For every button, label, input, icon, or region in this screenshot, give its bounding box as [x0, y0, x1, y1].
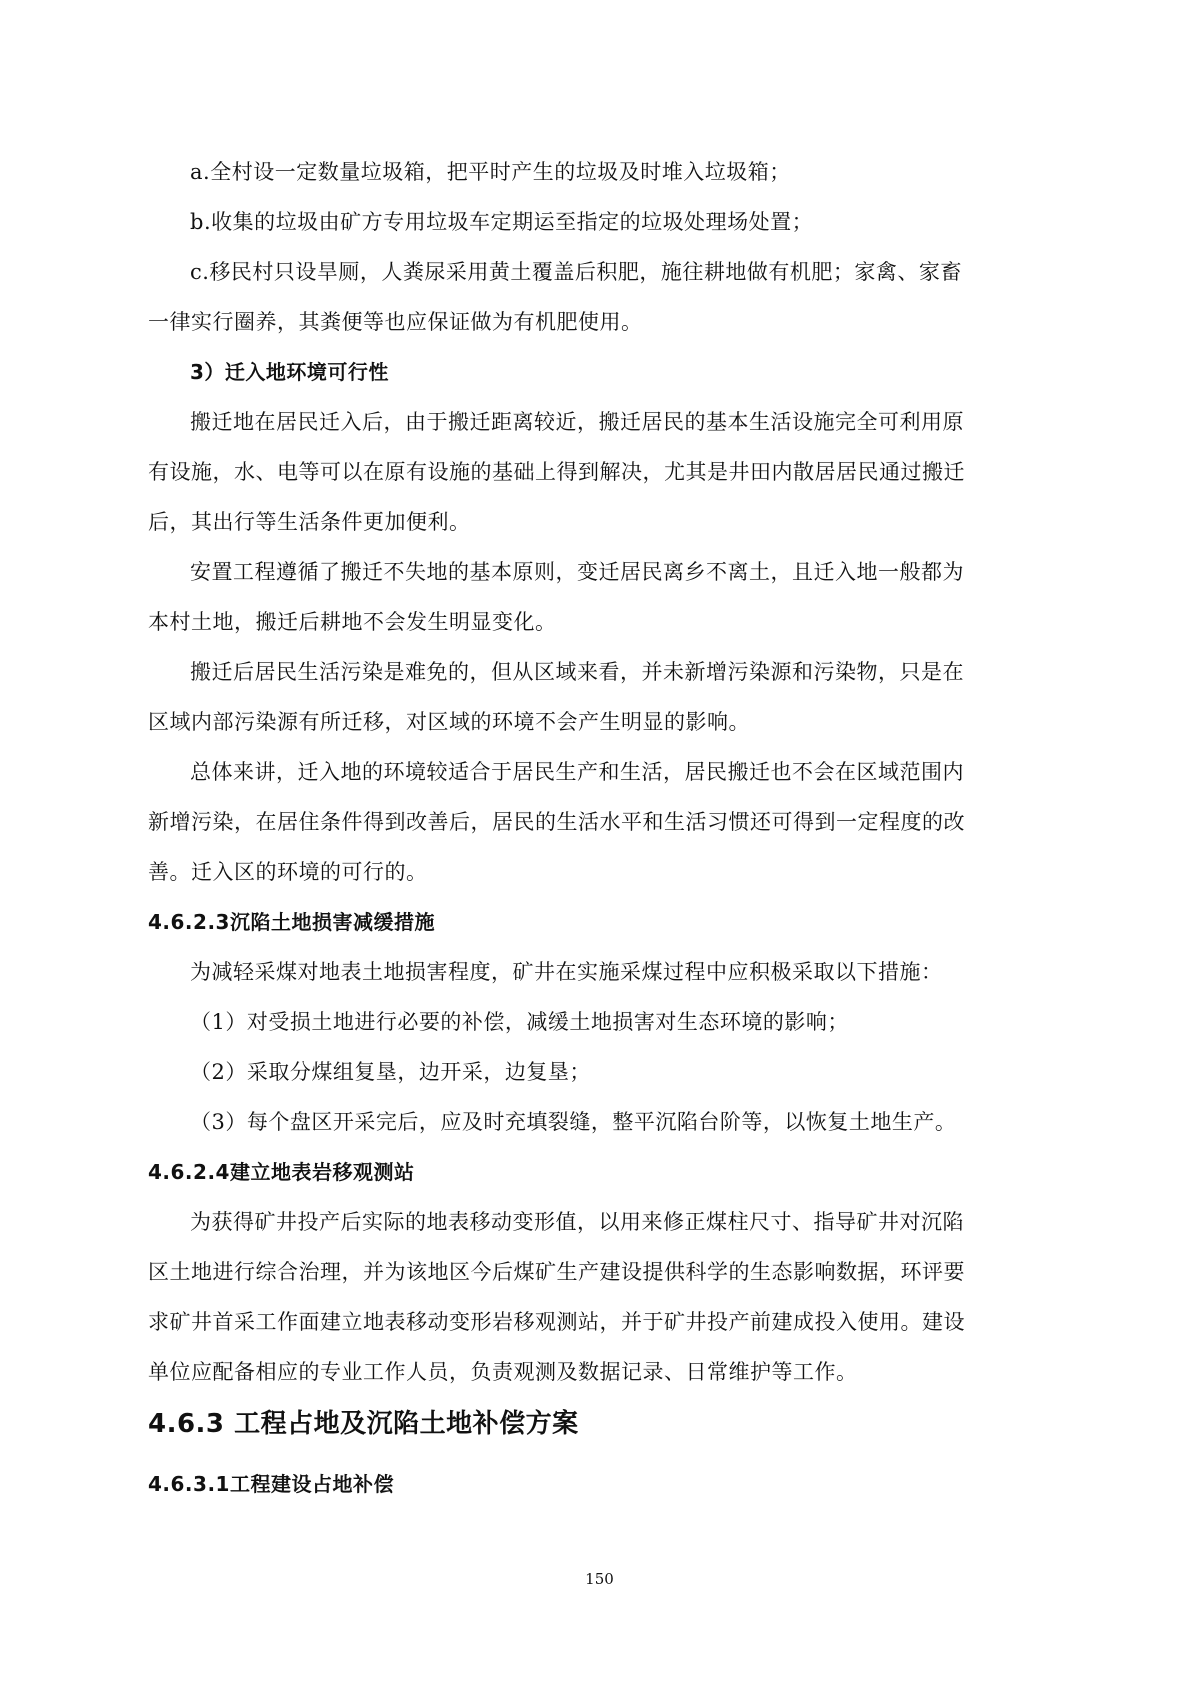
- paragraph-line: 为减轻采煤对地表土地损害程度，矿井在实施采煤过程中应积极采取以下措施：: [190, 958, 943, 986]
- list-item-c: c.移民村只设旱厕，人粪尿采用黄土覆盖后积肥，施往耕地做有机肥；家禽、家畜: [190, 258, 962, 286]
- list-item-b: b.收集的垃圾由矿方专用垃圾车定期运至指定的垃圾处理场处置；: [190, 208, 813, 236]
- paragraph-line: 有设施，水、电等可以在原有设施的基础上得到解决，尤其是井田内散居居民通过搬迁: [148, 458, 965, 486]
- paragraph-line: 搬迁地在居民迁入后，由于搬迁距离较近，搬迁居民的基本生活设施完全可利用原: [190, 408, 964, 436]
- paragraph-line: 善。迁入区的环境的可行的。: [148, 858, 428, 886]
- paragraph-line: 为获得矿井投产后实际的地表移动变形值，以用来修正煤柱尺寸、指导矿井对沉陷: [190, 1208, 964, 1236]
- section-heading-4-6-2-3: 4.6.2.3沉陷土地损害减缓措施: [148, 908, 435, 936]
- paragraph-line: 后，其出行等生活条件更加便利。: [148, 508, 471, 536]
- paragraph-line: 安置工程遵循了搬迁不失地的基本原则，变迁居民离乡不离土，且迁入地一般都为: [190, 558, 964, 586]
- paragraph-line: 单位应配备相应的专业工作人员，负责观测及数据记录、日常维护等工作。: [148, 1358, 858, 1386]
- paragraph-line: 搬迁后居民生活污染是难免的，但从区域来看，并未新增污染源和污染物，只是在: [190, 658, 964, 686]
- paragraph-line: 总体来讲，迁入地的环境较适合于居民生产和生活，居民搬迁也不会在区域范围内: [190, 758, 964, 786]
- paragraph-line: 新增污染，在居住条件得到改善后，居民的生活水平和生活习惯还可得到一定程度的改: [148, 808, 965, 836]
- subheading-relocation-feasibility: 3）迁入地环境可行性: [190, 358, 389, 386]
- section-heading-4-6-3-1: 4.6.3.1工程建设占地补偿: [148, 1470, 394, 1498]
- paragraph-line: 求矿井首采工作面建立地表移动变形岩移观测站，并于矿井投产前建成投入使用。建设: [148, 1308, 965, 1336]
- paragraph-line: 本村土地，搬迁后耕地不会发生明显变化。: [148, 608, 557, 636]
- section-heading-4-6-2-4: 4.6.2.4建立地表岩移观测站: [148, 1158, 414, 1186]
- list-item-1: （1）对受损土地进行必要的补偿，减缓土地损害对生态环境的影响；: [190, 1008, 849, 1036]
- document-page: a.全村设一定数量垃圾箱，把平时产生的垃圾及时堆入垃圾箱； b.收集的垃圾由矿方…: [0, 0, 1199, 1696]
- list-item-a: a.全村设一定数量垃圾箱，把平时产生的垃圾及时堆入垃圾箱；: [190, 158, 791, 186]
- paragraph-line: 一律实行圈养，其粪便等也应保证做为有机肥使用。: [148, 308, 643, 336]
- list-item-3: （3）每个盘区开采完后，应及时充填裂缝，整平沉陷台阶等，以恢复土地生产。: [190, 1108, 956, 1136]
- paragraph-line: 区土地进行综合治理，并为该地区今后煤矿生产建设提供科学的生态影响数据，环评要: [148, 1258, 965, 1286]
- page-number: 150: [0, 1570, 1199, 1588]
- list-item-2: （2）采取分煤组复垦，边开采，边复垦；: [190, 1058, 591, 1086]
- section-heading-4-6-3: 4.6.3 工程占地及沉陷土地补偿方案: [148, 1407, 579, 1441]
- paragraph-line: 区域内部污染源有所迁移，对区域的环境不会产生明显的影响。: [148, 708, 750, 736]
